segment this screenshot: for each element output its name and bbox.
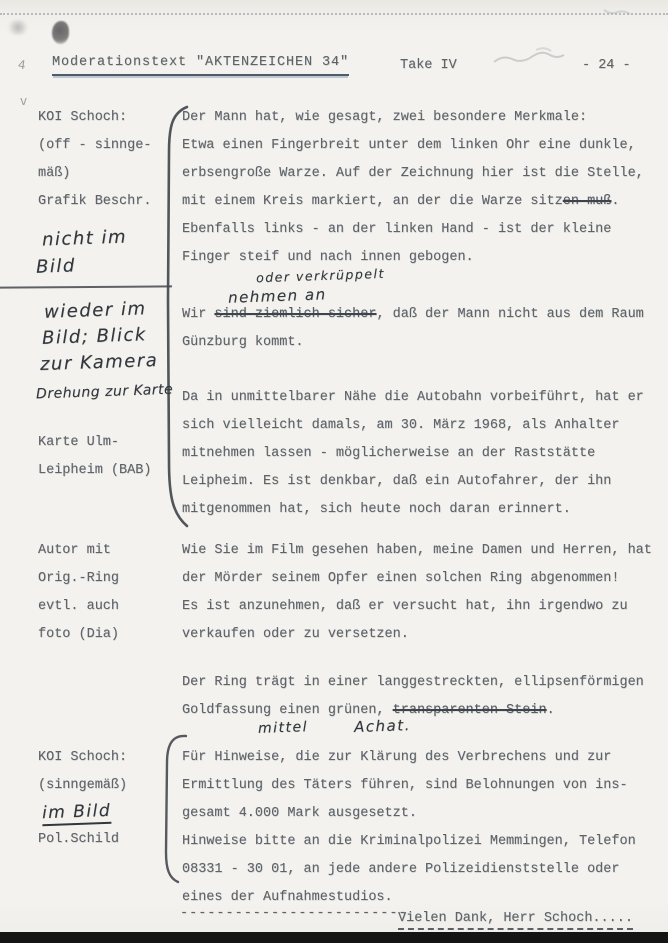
ink-smudge bbox=[7, 20, 29, 35]
script-line: Günzburg kommt. bbox=[182, 335, 304, 351]
script-line: Wir sind ziemlich sicher, daß der Mann n… bbox=[182, 307, 644, 323]
script-text: Wir bbox=[182, 307, 214, 322]
script-line: Hinweise bitte an die Kriminalpolizei Me… bbox=[182, 834, 636, 850]
take-label: Take IV bbox=[400, 58, 457, 74]
closing-text: Vielen Dank, Herr Schoch..... bbox=[398, 911, 633, 930]
script-line: eines der Aufnahmestudios. bbox=[182, 890, 393, 906]
document-title: Moderationstext "AKTENZEICHEN 34" bbox=[52, 55, 349, 76]
handwritten-correction: nehmen an bbox=[228, 285, 327, 306]
handwritten-note: nicht im bbox=[42, 227, 128, 251]
script-line: Für Hinweise, die zur Klärung des Verbre… bbox=[182, 750, 611, 766]
cue-line: Pol.Schild bbox=[38, 832, 119, 848]
cue-line: KOI Schoch: bbox=[38, 110, 127, 126]
script-line: Finger steif und nach innen gebogen. bbox=[182, 250, 474, 266]
document-page: 4 v Moderationstext "AKTENZEICHEN 34" Ta… bbox=[0, 0, 668, 943]
cue-line: KOI Schoch: bbox=[38, 750, 127, 766]
handwritten-correction: Achat. bbox=[354, 716, 411, 736]
script-line: Etwa einen Fingerbreit unter dem linken … bbox=[182, 138, 636, 154]
scan-top-dotted-line bbox=[0, 13, 668, 15]
cue-line: Orig.-Ring bbox=[38, 571, 119, 587]
script-text: . bbox=[611, 194, 619, 209]
script-text: . bbox=[547, 703, 555, 718]
cue-line: mäß) bbox=[38, 166, 70, 182]
handwritten-note: Bild; Blick bbox=[42, 324, 147, 349]
script-line: Es ist anzunehmen, daß er versucht hat, … bbox=[182, 599, 628, 615]
script-line: Ermittlung des Täters führen, sind Beloh… bbox=[182, 778, 628, 794]
script-line: gesamt 4.000 Mark ausgesetzt. bbox=[182, 806, 417, 822]
cue-line: evtl. auch bbox=[38, 599, 119, 615]
script-line: verkaufen oder zu versetzen. bbox=[182, 627, 409, 643]
cue-line: Grafik Beschr. bbox=[38, 194, 151, 210]
script-line: Wie Sie im Film gesehen haben, meine Dam… bbox=[182, 543, 652, 559]
scan-bottom-edge bbox=[0, 932, 668, 943]
cue-line: (off - sinnge- bbox=[38, 138, 151, 154]
script-line: erbsengroße Warze. Auf der Zeichnung hie… bbox=[182, 166, 644, 182]
cue-line: Leipheim (BAB) bbox=[38, 463, 151, 479]
script-line: Der Mann hat, wie gesagt, zwei besondere… bbox=[182, 110, 587, 126]
script-line: Leipheim. Es ist denkbar, daß ein Autofa… bbox=[182, 474, 611, 490]
handwritten-note: Bild bbox=[36, 255, 76, 277]
script-text: , daß der Mann nicht aus dem Raum bbox=[376, 307, 643, 322]
handwritten-note: Drehung zur Karte bbox=[36, 382, 174, 403]
script-line: der Mörder seinem Opfer einen solchen Ri… bbox=[182, 571, 619, 587]
stray-pencil-mark: 4 bbox=[17, 58, 27, 73]
cue-line: Autor mit bbox=[38, 543, 111, 559]
cue-line: (sinngemäß) bbox=[38, 778, 127, 794]
script-line: Ebenfalls links - an der linken Hand - i… bbox=[182, 222, 611, 238]
stray-pencil-mark: v bbox=[20, 94, 27, 108]
script-line: Da in unmittelbarer Nähe die Autobahn vo… bbox=[182, 390, 644, 406]
handwritten-correction: oder verkrüppelt bbox=[256, 266, 385, 285]
script-line: 08331 - 30 01, an jede andere Polizeidie… bbox=[182, 862, 619, 878]
script-line: mit einem Kreis markiert, an der die War… bbox=[182, 194, 619, 210]
page-number: - 24 - bbox=[582, 58, 631, 74]
divider-dashes: ------------------------- bbox=[180, 906, 408, 922]
cue-line: foto (Dia) bbox=[38, 627, 119, 643]
pencil-scribble bbox=[536, 48, 551, 51]
handwritten-note: wieder im bbox=[44, 298, 147, 323]
handwritten-underlined: im Bild bbox=[42, 801, 112, 826]
cue-line: Karte Ulm- bbox=[38, 435, 119, 451]
cue-separator-line bbox=[0, 285, 172, 288]
pencil-scribble bbox=[494, 53, 564, 62]
closing-line: Vielen Dank, Herr Schoch..... bbox=[398, 911, 633, 927]
script-line: mitgenommen hat, sich heute noch daran e… bbox=[182, 502, 571, 518]
struck-text: sind ziemlich sicher bbox=[214, 307, 376, 322]
ink-smudge bbox=[52, 21, 69, 44]
struck-text: en muß bbox=[563, 194, 612, 209]
script-text: mit einem Kreis markiert, an der die War… bbox=[182, 194, 563, 209]
script-line: mitnehmen lassen - möglicherweise an der… bbox=[182, 446, 595, 462]
handwritten-note: zur Kamera bbox=[40, 350, 159, 375]
handwritten-correction: mittel bbox=[258, 719, 309, 737]
script-line: sich vielleicht damals, am 30. März 1968… bbox=[182, 418, 619, 434]
script-text: Goldfassung einen grünen, bbox=[182, 703, 393, 718]
script-line: Der Ring trägt in einer langgestreckten,… bbox=[182, 675, 644, 691]
struck-text: transparenten Stein bbox=[393, 703, 547, 718]
handwritten-note: im Bild bbox=[42, 801, 112, 823]
